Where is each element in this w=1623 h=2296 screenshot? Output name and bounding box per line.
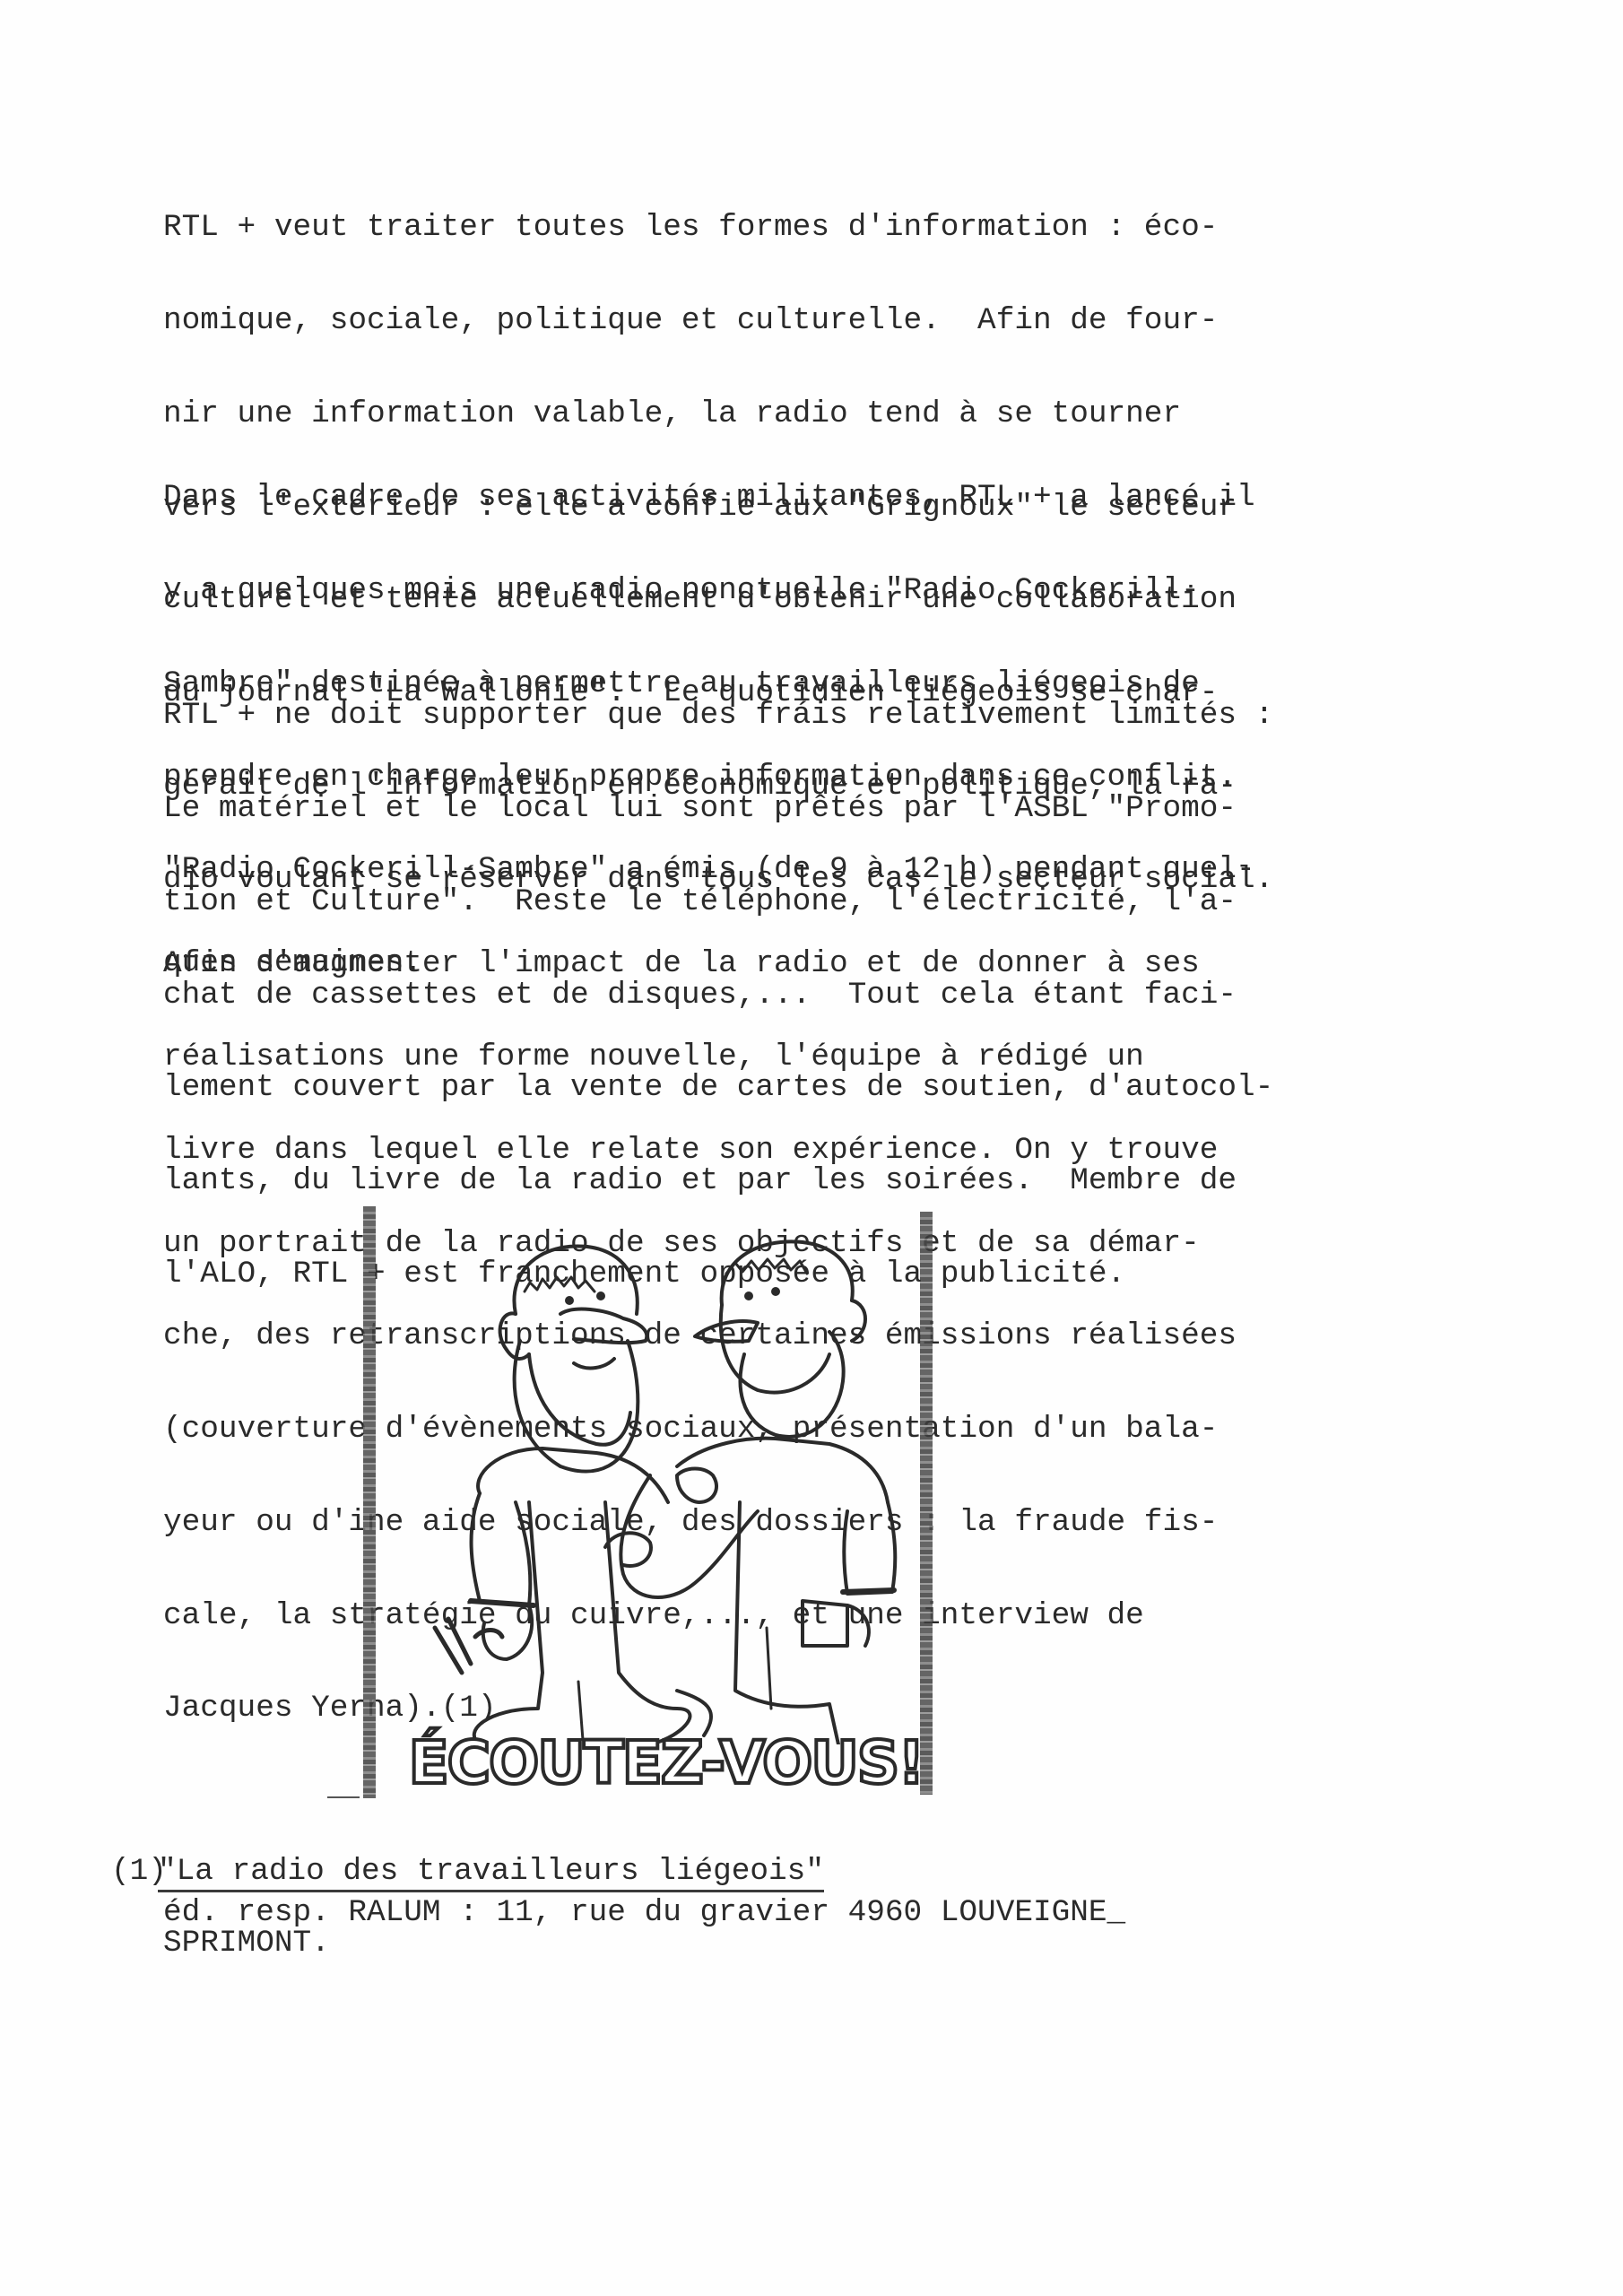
footnote-title: "La radio des travailleurs liégeois"	[158, 1857, 824, 1892]
text-line: Le matériel et le local lui sont prêtés …	[163, 794, 1273, 825]
text-line: réalisations une forme nouvelle, l'équip…	[163, 1042, 1237, 1074]
footnote-publisher: éd. resp. RALUM : 11, rue du gravier 496…	[163, 1898, 1125, 1929]
text-line: y a quelques mois une radio ponctuelle "…	[163, 576, 1255, 607]
frame-border-left	[363, 1206, 376, 1798]
text-line: Afin d'augmenter l'impact de la radio et…	[163, 949, 1237, 980]
text-line: RTL + veut traiter toutes les formes d'i…	[163, 213, 1273, 244]
text-line: livre dans lequel elle relate son expéri…	[163, 1135, 1237, 1167]
slogan-ecoutez-vous: ÉCOUTEZ-VOUS!	[408, 1731, 924, 1796]
document-page: RTL + veut traiter toutes les formes d'i…	[0, 0, 1623, 2296]
text-line: RTL + ne doit supporter que des fráis re…	[163, 700, 1273, 732]
frame-border-right	[920, 1212, 933, 1795]
workers-stethoscope-drawing	[381, 1206, 919, 1744]
frame-foot-line	[327, 1796, 360, 1798]
text-line: nomique, sociale, politique et culturell…	[163, 306, 1273, 337]
text-line: Dans le cadre de ses activités militante…	[163, 483, 1255, 514]
footnote-publisher-city: SPRIMONT.	[163, 1928, 330, 1960]
cartoon-illustration: ÉCOUTEZ-VOUS!	[327, 1206, 937, 1803]
